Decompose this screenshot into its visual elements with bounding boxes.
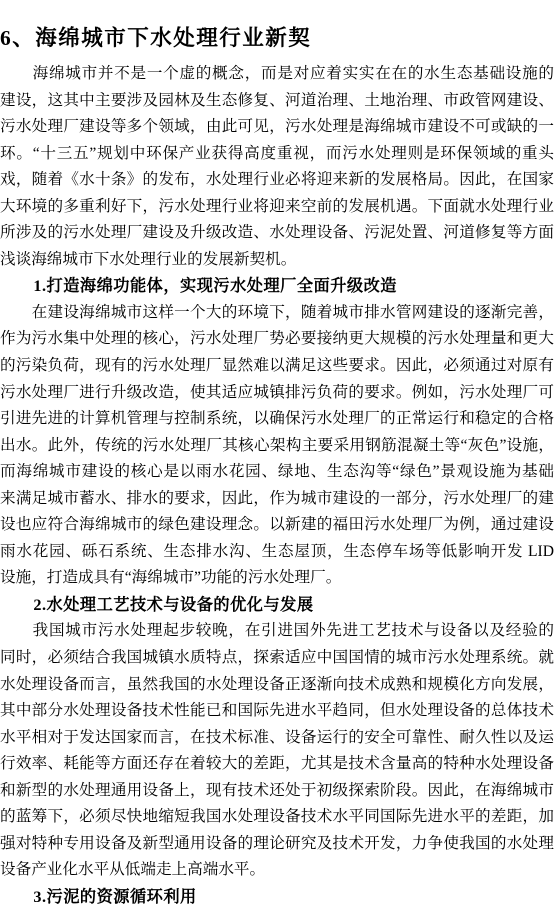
paragraph-line: 强对特种专用设备及新型通用设备的理论研究及技术开发，力争使我国的水处理 xyxy=(0,831,554,858)
section-heading: 2.水处理工艺技术与设备的优化与发展 xyxy=(0,592,554,619)
paragraph-line: 同时，必须结合我国城镇水质特点，探索适应中国国情的城市污水处理系统。就 xyxy=(0,645,554,672)
paragraph-line: 雨水花园、砾石系统、生态排水沟、生态屋顶，生态停车场等低影响开发 LID xyxy=(0,539,554,566)
paragraph-line: 我国城市污水处理起步较晚，在引进国外先进工艺技术与设备以及经验的 xyxy=(0,618,554,645)
paragraph-line: 出水。此外，传统的污水处理厂其核心架构主要采用钢筋混凝土等“灰色”设施， xyxy=(0,433,554,460)
document-page: { "document": { "title": "6、海绵城市下水处理行业新契… xyxy=(0,0,554,912)
paragraph-line: 来满足城市蓄水、排水的要求，因此，作为城市建设的一部分，污水处理厂的建 xyxy=(0,486,554,513)
section-heading: 3.污泥的资源循环利用 xyxy=(0,884,554,911)
paragraph-line: 其中部分水处理设备技术性能已和国际先进水平趋同，但水处理设备的总体技术 xyxy=(0,698,554,725)
paragraph-line: 戏，随着《水十条》的发布，水处理行业必将迎来新的发展格局。因此，在国家 xyxy=(0,167,554,194)
paragraph-line: 浅谈海绵城市下水处理行业的发展新契机。 xyxy=(0,247,554,274)
paragraph-line: 而海绵城市建设的核心是以雨水花园、绿地、生态沟等“绿色”景观设施为基础 xyxy=(0,459,554,486)
paragraph-line: 污水处理厂进行升级改造，使其适应城镇排污负荷的要求。例如，污水处理厂可 xyxy=(0,380,554,407)
paragraph-line: 在建设海绵城市这样一个大的环境下，随着城市排水管网建设的逐渐完善， xyxy=(0,300,554,327)
paragraph-line: 行效率、耗能等方面还存在着较大的差距，尤其是技术含量高的特种水处理设备 xyxy=(0,751,554,778)
paragraph-line: 水平相对于发达国家而言，在技术标准、设备运行的安全可靠性、耐久性以及运 xyxy=(0,725,554,752)
paragraph-line: 作为污水集中处理的核心，污水处理厂势必要接纳更大规模的污水处理量和更大 xyxy=(0,326,554,353)
paragraph-line: 大环境的多重利好下，污水处理行业将迎来空前的发展机遇。下面就水处理行业 xyxy=(0,194,554,221)
paragraph-line: 设施，打造成具有“海绵城市”功能的污水处理厂。 xyxy=(0,565,554,592)
paragraph-line: 建设，这其中主要涉及园林及生态修复、河道治理、土地治理、市政管网建设、 xyxy=(0,88,554,115)
document-title: 6、海绵城市下水处理行业新契 xyxy=(0,22,554,54)
paragraph-line: 设也应符合海绵城市的绿色建设理念。以新建的福田污水处理厂为例，通过建设 xyxy=(0,512,554,539)
document-blocks: 海绵城市并不是一个虚的概念，而是对应着实实在在的水生态基础设施的建设，这其中主要… xyxy=(0,61,554,911)
section-heading: 1.打造海绵功能体，实现污水处理厂全面升级改造 xyxy=(0,273,554,300)
document-body: 6、海绵城市下水处理行业新契 海绵城市并不是一个虚的概念，而是对应着实实在在的水… xyxy=(0,0,554,912)
paragraph-line: 引进先进的计算机管理与控制系统，以确保污水处理厂的正常运行和稳定的合格 xyxy=(0,406,554,433)
paragraph-line: 和新型的水处理通用设备上，现有技术还处于初级探索阶段。因此，在海绵城市 xyxy=(0,778,554,805)
paragraph-line: 污水处理厂建设等多个领域，由此可见，污水处理是海绵城市建设不可或缺的一 xyxy=(0,114,554,141)
paragraph-line: 水处理设备而言，虽然我国的水处理设备正逐渐向技术成熟和规模化方向发展， xyxy=(0,672,554,699)
paragraph-line: 所涉及的污水处理厂建设及升级改造、水处理设备、污泥处置、河道修复等方面 xyxy=(0,220,554,247)
paragraph-line: 设备产业化水平从低端走上高端水平。 xyxy=(0,857,554,884)
paragraph-line: 的蓝筹下，必须尽快地缩短我国水处理设备技术水平同国际先进水平的差距，加 xyxy=(0,804,554,831)
paragraph-line: 环。“十三五”规划中环保产业获得高度重视，而污水处理则是环保领域的重头 xyxy=(0,141,554,168)
paragraph-line: 的污染负荷，现有的污水处理厂显然难以满足这些要求。因此，必须通过对原有 xyxy=(0,353,554,380)
paragraph-line: 海绵城市并不是一个虚的概念，而是对应着实实在在的水生态基础设施的 xyxy=(0,61,554,88)
